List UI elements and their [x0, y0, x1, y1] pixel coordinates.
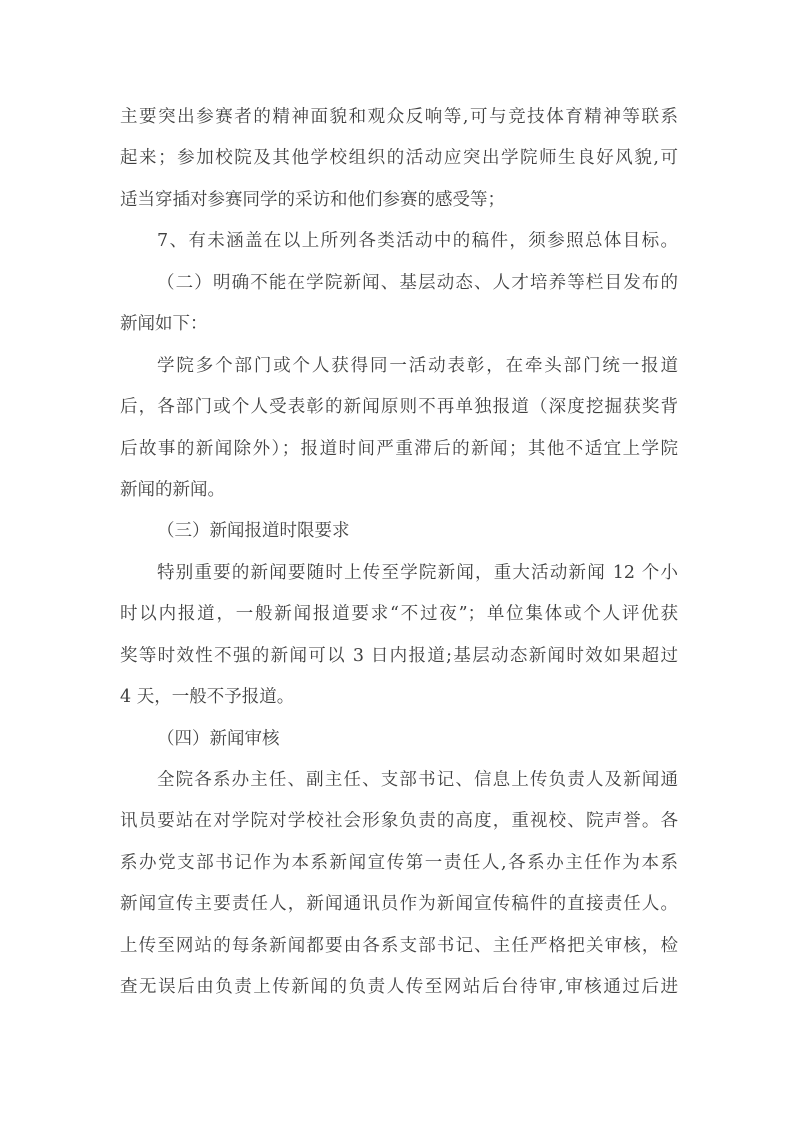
text-line: 查无误后由负责上传新闻的负责人传至网站后台待审,审核通过后进	[120, 967, 678, 1008]
text-line: （二）明确不能在学院新闻、基层动态、人才培养等栏目发布的	[120, 263, 678, 304]
text-line: 学院多个部门或个人获得同一活动表彰，在牵头部门统一报道	[120, 346, 678, 387]
text-line: 新闻的新闻。	[120, 470, 678, 511]
text-line: 新闻如下：	[120, 304, 678, 345]
text-line: 时以内报道，一般新闻报道要求“不过夜”；单位集体或个人评优获	[120, 594, 678, 635]
text-line: 讯员要站在对学院对学校社会形象负责的高度，重视校、院声誉。各	[120, 801, 678, 842]
document-body: 主要突出参赛者的精神面貌和观众反响等,可与竞技体育精神等联系 起来；参加校院及其…	[120, 97, 678, 1009]
text-line: 奖等时效性不强的新闻可以 3 日内报道;基层动态新闻时效如果超过	[120, 636, 678, 677]
document-page: 主要突出参赛者的精神面貌和观众反响等,可与竞技体育精神等联系 起来；参加校院及其…	[0, 0, 799, 1131]
text-line: （三）新闻报道时限要求	[120, 511, 678, 552]
text-line: 起来；参加校院及其他学校组织的活动应突出学院师生良好风貌,可	[120, 138, 678, 179]
text-line: 后，各部门或个人受表彰的新闻原则不再单独报道（深度挖掘获奖背	[120, 387, 678, 428]
text-line: 上传至网站的每条新闻都要由各系支部书记、主任严格把关审核，检	[120, 926, 678, 967]
text-line: 系办党支部书记作为本系新闻宣传第一责任人,各系办主任作为本系	[120, 843, 678, 884]
text-line: 新闻宣传主要责任人，新闻通讯员作为新闻宣传稿件的直接责任人。	[120, 884, 678, 925]
text-line: 特别重要的新闻要随时上传至学院新闻，重大活动新闻 12 个小	[120, 553, 678, 594]
text-line: 4 天，一般不予报道。	[120, 677, 678, 718]
text-line: （四）新闻审核	[120, 719, 678, 760]
text-line: 适当穿插对参赛同学的采访和他们参赛的感受等；	[120, 180, 678, 221]
text-line: 后故事的新闻除外）；报道时间严重滞后的新闻；其他不适宜上学院	[120, 429, 678, 470]
text-line: 7、有未涵盖在以上所列各类活动中的稿件，须参照总体目标。	[120, 221, 678, 262]
text-line: 主要突出参赛者的精神面貌和观众反响等,可与竞技体育精神等联系	[120, 97, 678, 138]
text-line: 全院各系办主任、副主任、支部书记、信息上传负责人及新闻通	[120, 760, 678, 801]
